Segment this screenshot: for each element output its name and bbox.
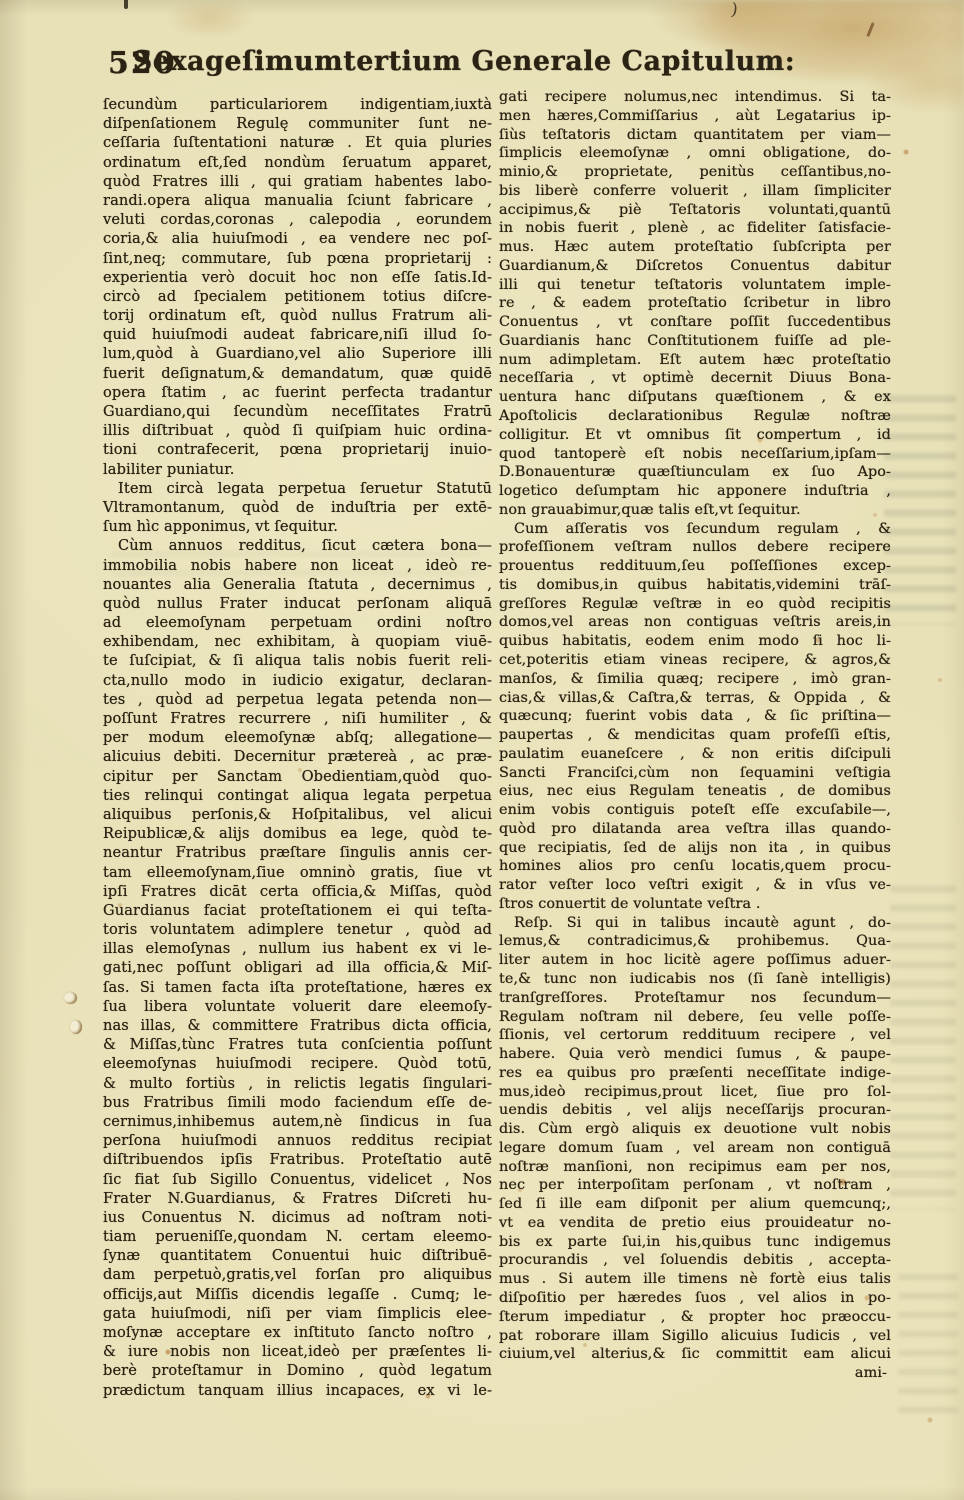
text-line: diſpenſationem Regulę communiter ſunt ne… xyxy=(103,114,492,133)
text-line: tam elleemoſynam,ſiue omninò gratis, ſiu… xyxy=(103,863,492,882)
text-line: paupertas , & mendicitas quam profeſſi e… xyxy=(499,726,891,745)
text-line: exhibendam, nec exhibitam, à quopiam viu… xyxy=(103,632,492,651)
text-line: ciuium,vel alterius,& ſic committit eam … xyxy=(499,1345,891,1364)
text-line: ad eleemoſynam perpetuam ordini noſtro xyxy=(103,613,492,632)
text-line: ipſi Fratres dicāt certa officia,& Miſſa… xyxy=(103,882,492,901)
text-line: ſynæ quantitatem Conuentui huic diſtribu… xyxy=(103,1246,492,1265)
text-line: illi qui tenetur teſtatoris voluntatem i… xyxy=(499,276,891,295)
text-line: men hæres,Commiſſarius , aùt Legatarius … xyxy=(499,107,891,126)
text-line: noſtræ manſioni, non recipimus eam per n… xyxy=(499,1158,891,1177)
text-line: tranſgreſſores. Proteſtamur nos ſecundum… xyxy=(499,989,891,1008)
text-line: cias,& villas,& Caſtra,& terras, & Oppid… xyxy=(499,689,891,708)
text-line: lum,quòd à Guardiano,vel alio Superiore … xyxy=(103,344,492,363)
text-line: neantur Fratribus præſtare ſingulis anni… xyxy=(103,843,492,862)
text-line: toris voluntatem adimplere tenetur , quò… xyxy=(103,920,492,939)
text-line: ſſionis, vel certorum reddituum recipere… xyxy=(499,1026,891,1045)
text-line: Apoſtolicis declarationibus Regulæ noſtr… xyxy=(499,407,891,426)
text-line: prouentus reddituum,ſeu poſſeſſiones exc… xyxy=(499,557,891,576)
text-line: illas elemoſynas , nullum ius habent ex … xyxy=(103,939,492,958)
text-line: berè proteſtamur in Domino , quòd legatu… xyxy=(103,1361,492,1380)
text-line: Reſp. Si qui in talibus incautè agunt , … xyxy=(499,914,891,933)
text-line: liter autem in hoc licitè agere poſſimus… xyxy=(499,951,891,970)
text-line: & multo fortiùs , in relictis legatis ſi… xyxy=(103,1074,492,1093)
text-line: ſtros conuertit de voluntate veſtra . xyxy=(499,895,891,914)
text-line: neceſſaria , vt optimè decernit Diuus Bo… xyxy=(499,369,891,388)
text-line: torij ordinatum eſt, quòd nullus Fratrum… xyxy=(103,306,492,325)
text-line: ordinatum eſt,ſed nondùm ſeruatum appare… xyxy=(103,153,492,172)
text-line: ſecundùm particulariorem indigentiam,iux… xyxy=(103,95,492,114)
text-line: gati,nec poſſunt obligari ad illa offici… xyxy=(103,958,492,977)
text-line: quid huiuſmodi audeat fabricare,niſi ill… xyxy=(103,325,492,344)
text-line: aliquibus perſonis,& Hoſpitalibus, vel a… xyxy=(103,805,492,824)
text-line: rator veſter loco veſtri exigit , & in v… xyxy=(499,876,891,895)
text-line: bus Fratribus ſimili modo faciendum eſſe… xyxy=(103,1093,492,1112)
text-line: te,& tunc non iudicabis nos (ſi ſanè int… xyxy=(499,970,891,989)
text-line: nec per interpoſitam perſonam , vt noſtr… xyxy=(499,1176,891,1195)
text-line: dis. Cùm ergò aliquis ex deuotione vult … xyxy=(499,1120,891,1139)
text-line: ſed ſi ille eam diſponit per alium quemc… xyxy=(499,1195,891,1214)
text-line: te ſuſcipiat, & ſi aliqua talis nobis fu… xyxy=(103,651,492,670)
text-column-left: ſecundùm particulariorem indigentiam,iux… xyxy=(103,95,492,1400)
verso-showthrough-text xyxy=(898,1268,958,1413)
text-line: tioni contrafecerit, pœna proprietarij i… xyxy=(103,440,492,459)
text-line: Frater N.Guardianus, & Fratres Diſcreti … xyxy=(103,1189,492,1208)
text-line: ties relinqui contingat aliqua legata pe… xyxy=(103,786,492,805)
paper-chip xyxy=(64,992,77,1004)
text-line: logetico deſumptam hic apponere induſtri… xyxy=(499,482,891,501)
text-line: eleemoſynas huiuſmodi recipere. Quòd tot… xyxy=(103,1054,492,1073)
text-line: uentura hanc diſputans quæſtionem , & ex xyxy=(499,388,891,407)
text-line: alicuius debiti. Decernitur prætereà , a… xyxy=(103,747,492,766)
text-line: greſſores Regulæ veſtræ in eo quòd recip… xyxy=(499,595,891,614)
text-line: minio,& proprietate, penitùs ceſſantibus… xyxy=(499,163,891,182)
text-line: quòd nullus Frater inducat perſonam aliq… xyxy=(103,594,492,613)
text-line: tis domibus,in quibus habitatis,videmini… xyxy=(499,576,891,595)
text-line: cipitur per Sanctam Obedientiam,quòd quo… xyxy=(103,767,492,786)
paper-chip xyxy=(70,1020,82,1034)
text-line: Vltramontanum, quòd de induſtria per ext… xyxy=(103,498,492,517)
text-line: colligitur. Et vt omnibus ſit compertum … xyxy=(499,426,891,445)
text-line: ſua libera voluntate voluerit dare eleem… xyxy=(103,997,492,1016)
text-line: randi.opera aliqua manualia ſciunt fabri… xyxy=(103,191,492,210)
text-line: D.Bonauenturæ quæſtiunculam ex ſuo Apo- xyxy=(499,463,891,482)
text-line: quibus habitatis, eodem enim modo ſi hoc… xyxy=(499,632,891,651)
text-line: homines alios pro cenſu locatis,quem pro… xyxy=(499,857,891,876)
running-title: Sexageſimumtertium Generale Capitulum: xyxy=(0,46,928,77)
text-line: Guardianis hanc Conſtitutionem fuiſſe ad… xyxy=(499,332,891,351)
text-line: Cùm annuos redditus, ſicut cætera bona— xyxy=(103,536,492,555)
text-line: opera ſtatim , ac fuerint perfecta trada… xyxy=(103,383,492,402)
text-line: coria,& alia huiuſmodi , ea vendere nec … xyxy=(103,229,492,248)
text-line: in nobis fuerit , plenè , ac fideliter ſ… xyxy=(499,219,891,238)
text-line: domos,vel areas non contiguas veſtris ar… xyxy=(499,613,891,632)
text-line: experientia verò docuit hoc non eſſe ſat… xyxy=(103,268,492,287)
text-line: cta,nullo modo in iudicio exigatur, decl… xyxy=(103,671,492,690)
text-line: bis liberè conferre voluerit , illam ſim… xyxy=(499,182,891,201)
text-line: Cum aſſeratis vos ſecundum regulam , & xyxy=(499,520,891,539)
text-line: enim vobis contiguis poteſt eſſe excuſab… xyxy=(499,801,891,820)
book-page: 520 Sexageſimumtertium Generale Capitulu… xyxy=(0,0,964,1500)
text-line: pat roborare illam Sigillo alicuius Iudi… xyxy=(499,1327,891,1346)
text-line: uendis debitis , vel alijs neceſſarijs p… xyxy=(499,1101,891,1120)
text-line: profeſſionem veſtram nullos debere recip… xyxy=(499,538,891,557)
text-line: ceſſaria ſuſtentationi naturæ . Et quia … xyxy=(103,133,492,152)
text-line: gati recipere nolumus,nec intendimus. Si… xyxy=(499,88,891,107)
verso-showthrough-text xyxy=(890,880,956,1210)
text-line: non grauabimur,quæ talis eſt,vt ſequitur… xyxy=(499,501,891,520)
text-line: ſterum impediatur , & propter hoc præocc… xyxy=(499,1308,891,1327)
text-line: ſum hìc apponimus, vt ſequitur. xyxy=(103,517,492,536)
text-line: ſint,neq; commutare, ſub pœna proprietar… xyxy=(103,249,492,268)
text-line: mus . Si autem ille timens nè fortè eius… xyxy=(499,1270,891,1289)
text-line: ſimplicis eleemoſynæ , omni obligatione,… xyxy=(499,144,891,163)
text-line: mus. Hæc autem proteſtatio ſubſcripta pe… xyxy=(499,238,891,257)
text-line: que recipiatis, ſed de alijs non ita , i… xyxy=(499,839,891,858)
text-line: per modum eleemoſynæ abſq; allegatione— xyxy=(103,728,492,747)
text-column-right: gati recipere nolumus,nec intendimus. Si… xyxy=(499,88,891,1383)
text-line: cet,poteritis etiam vineas recipere, & a… xyxy=(499,651,891,670)
text-line: diſtribuendos ipſis Fratribus. Proteſtat… xyxy=(103,1150,492,1169)
text-line: tiam perueniſſe,quondam N. certam eleemo… xyxy=(103,1227,492,1246)
text-line: immobilia nobis habere non liceat , ideò… xyxy=(103,556,492,575)
text-line: quòd pro dilatanda area veſtra illas qua… xyxy=(499,820,891,839)
text-line: labiliter puniatur. xyxy=(103,460,492,479)
text-line: Guardianus faciat proteſtationem ei qui … xyxy=(103,901,492,920)
text-line: prædictum tanquam illius incapaces, ex v… xyxy=(103,1381,492,1400)
text-line: ſic fiat ſub Sigillo Conuentus, videlice… xyxy=(103,1170,492,1189)
text-line: dam perpetuò,gratis,vel forſan pro aliqu… xyxy=(103,1265,492,1284)
text-line: vt ea vendita de pretio eius prouideatur… xyxy=(499,1214,891,1233)
text-line: re , & eadem proteſtatio ſcribetur in li… xyxy=(499,294,891,313)
text-line: & iure nobis non liceat,ideò per præſent… xyxy=(103,1342,492,1361)
text-line: lemus,& contradicimus,& prohibemus. Qua- xyxy=(499,932,891,951)
text-line: res ea quibus pro præſenti neceſſitate i… xyxy=(499,1064,891,1083)
text-line: perſona huiuſmodi annuos redditus recipi… xyxy=(103,1131,492,1150)
text-line: illis diſtribuat , quòd ſi quiſpiam huic… xyxy=(103,421,492,440)
text-line: poſſunt Fratres recurrere , niſi humilit… xyxy=(103,709,492,728)
text-line: manſos, & ſimilia quæq; recipere , imò g… xyxy=(499,670,891,689)
text-line: habere. Quia verò mendici ſumus , & paup… xyxy=(499,1045,891,1064)
text-line: accipimus,& piè Teſtatoris voluntati,qua… xyxy=(499,201,891,220)
text-line: gata huiuſmodi, niſi per viam ſimplicis … xyxy=(103,1304,492,1323)
text-line: Conuentus , vt conſtare poſſit ſuccedent… xyxy=(499,313,891,332)
text-line: diſpoſitio per hæredes ſuos , vel alios … xyxy=(499,1289,891,1308)
text-line: ſas. Si tamen facta iſta proteſtatione, … xyxy=(103,978,492,997)
text-line: mus,ideò recipimus,prout licet, ſiue pro… xyxy=(499,1083,891,1102)
text-line: & Miſſas,tùnc Fratres tuta conſcientia p… xyxy=(103,1035,492,1054)
text-line: quod tantoperè eſt nobis neceſſarium,ipſ… xyxy=(499,445,891,464)
text-line: Guardiano,qui ſecundùm neceſſitates Frat… xyxy=(103,402,492,421)
text-line: bis ex parte ſui,in his,quibus tunc indi… xyxy=(499,1233,891,1252)
text-line: ſiùs teſtatoris dictam quantitatem per v… xyxy=(499,126,891,145)
text-line: quæcunq; fuerint vobis data , & ſic priſ… xyxy=(499,707,891,726)
text-line: cernimus,inhibemus autem,nè ſindicus in … xyxy=(103,1112,492,1131)
text-line: quòd Fratres illi , qui gratiam habentes… xyxy=(103,172,492,191)
text-line: Guardianum,& Diſcretos Conuentus dabitur xyxy=(499,257,891,276)
text-line: Reipublicæ,& alijs domibus ea lege, quòd… xyxy=(103,824,492,843)
text-line: procurandis , vel ſoluendis debitis , ac… xyxy=(499,1251,891,1270)
ink-mark-top-edge xyxy=(124,0,128,9)
text-line: nas illas, & committere Fratribus dicta … xyxy=(103,1016,492,1035)
text-line: Sancti Franciſci,cùm non ſequamini veſti… xyxy=(499,764,891,783)
text-line: veluti cordas,coronas , calepodia , eoru… xyxy=(103,210,492,229)
text-line: officijs,aut Miſſis dicendis legaſſe . C… xyxy=(103,1285,492,1304)
text-line: nouantes alia Generalia ſtatuta , decern… xyxy=(103,575,492,594)
verso-showthrough-text xyxy=(884,390,956,625)
text-line: fuerit deſignatum,& demandatum, quæ quid… xyxy=(103,364,492,383)
text-line: num adimpletam. Eſt autem hæc proteſtati… xyxy=(499,351,891,370)
text-line: paulatim euaneſcere , & non eritis diſci… xyxy=(499,745,891,764)
text-line: Item circà legata perpetua ſeruetur Stat… xyxy=(103,479,492,498)
text-line: legare domum ſuam , vel aream non contig… xyxy=(499,1139,891,1158)
text-line: eius, nec eius Regulam teneatis , de dom… xyxy=(499,782,891,801)
text-line: Regulam noſtram nil debere, ſeu velle po… xyxy=(499,1008,891,1027)
text-line: ami- xyxy=(499,1364,891,1383)
text-line: moſynæ acceptare ex inſtituto ſancto noſ… xyxy=(103,1323,492,1342)
text-line: ius Conuentus N. dicimus ad noſtram noti… xyxy=(103,1208,492,1227)
text-line: circò ad ſpecialem petitionem totius diſ… xyxy=(103,287,492,306)
text-line: tes , quòd ad perpetua legata petenda no… xyxy=(103,690,492,709)
